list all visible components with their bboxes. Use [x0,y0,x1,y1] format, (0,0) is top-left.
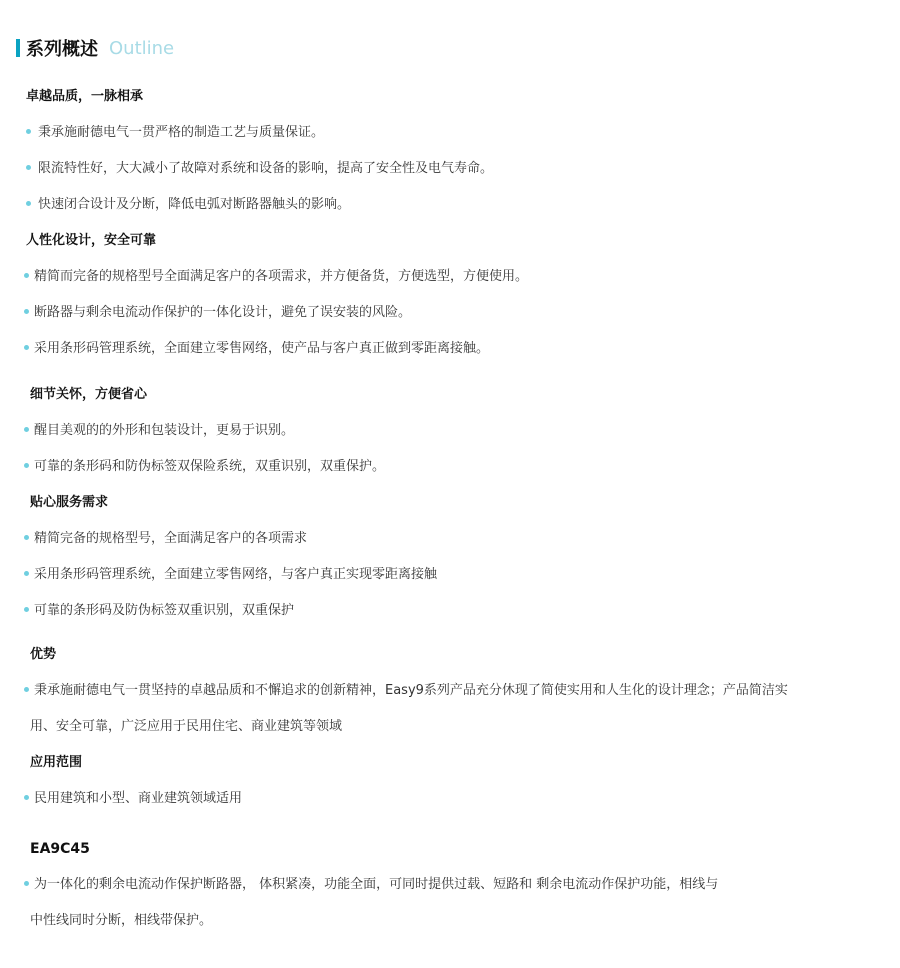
list-item: 精简完备的规格型号，全面满足客户的各项需求 [24,530,307,548]
section-heading: 应用范围 [30,754,82,772]
bullet-icon [26,201,31,206]
bullet-icon [24,535,29,540]
list-item: 秉承施耐德电气一贯严格的制造工艺与质量保证。 [26,124,324,142]
list-item: 醒目美观的的外形和包装设计，更易于识别。 [24,422,294,440]
list-item-continuation: 用、安全可靠，广泛应用于民用住宅、商业建筑等领域 [30,718,342,736]
bullet-icon [24,463,29,468]
list-item-continuation: 中性线同时分断，相线带保护。 [30,912,212,930]
bullet-icon [24,273,29,278]
section-title: 系列概述 Outline [16,36,174,60]
list-item: 秉承施耐德电气一贯坚持的卓越品质和不懈追求的创新精神，Easy9系列产品充分休现… [24,682,788,700]
bullet-icon [24,345,29,350]
bullet-icon [24,795,29,800]
list-item: 民用建筑和小型、商业建筑领域适用 [24,790,242,808]
list-item: 可靠的条形码和防伪标签双保险系统，双重识别，双重保护。 [24,458,385,476]
title-en: Outline [109,38,174,59]
section-heading: 细节关怀，方便省心 [30,386,147,404]
bullet-icon [24,309,29,314]
bullet-icon [24,427,29,432]
list-item: 采用条形码管理系统，全面建立零售网络，使产品与客户真正做到零距离接触。 [24,340,489,358]
title-accent-bar [16,39,20,57]
bullet-icon [24,881,29,886]
bullet-icon [24,687,29,692]
list-item: 采用条形码管理系统，全面建立零售网络，与客户真正实现零距离接触 [24,566,437,584]
list-item: 断路器与剩余电流动作保护的一体化设计，避免了误安装的风险。 [24,304,411,322]
list-item: 为一体化的剩余电流动作保护断路器， 体积紧凑，功能全面，可同时提供过载、短路和 … [24,876,718,894]
list-item: 可靠的条形码及防伪标签双重识别，双重保护 [24,602,294,620]
section-heading: 卓越品质，一脉相承 [26,88,143,106]
section-heading: EA9C45 [30,840,90,858]
section-heading: 优势 [30,646,56,664]
section-heading: 贴心服务需求 [30,494,108,512]
list-item: 快速闭合设计及分断，降低电弧对断路器触头的影响。 [26,196,350,214]
bullet-icon [24,607,29,612]
section-heading: 人性化设计，安全可靠 [26,232,156,250]
bullet-icon [26,129,31,134]
list-item: 限流特性好，大大减小了故障对系统和设备的影响，提高了安全性及电气寿命。 [26,160,493,178]
list-item: 精简而完备的规格型号全面满足客户的各项需求，并方便备货，方便选型，方便使用。 [24,268,528,286]
bullet-icon [26,165,31,170]
title-zh: 系列概述 [26,35,98,61]
bullet-icon [24,571,29,576]
